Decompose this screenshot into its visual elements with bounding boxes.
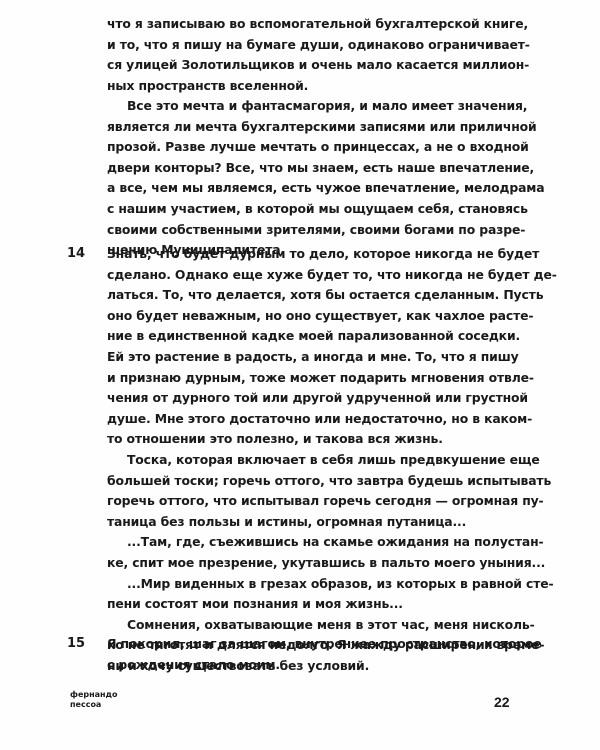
section-14-paragraph-1: Знать, что будет дурным то дело, которое… <box>107 244 511 676</box>
text-line: ся улицей Золотильщиков и очень мало кас… <box>107 55 511 76</box>
text-line: с нашим участием, в которой мы ощущаем с… <box>107 199 511 220</box>
text-line: своими собственными зрителями, своими бо… <box>107 220 511 241</box>
text-line: с рождения стало моим. <box>107 655 511 676</box>
section-number-14: 14 <box>67 244 85 265</box>
text-line: горечь оттого, что испытывал горечь сего… <box>107 491 511 512</box>
text-line: ных пространств вселенной. <box>107 76 511 97</box>
text-line: является ли мечта бухгалтерскими записям… <box>107 117 511 138</box>
text-line: ке, спит мое презрение, укутавшись в пал… <box>107 553 511 574</box>
text-line: прозой. Разве лучше мечтать о принцессах… <box>107 137 511 158</box>
text-line: большей тоски; горечь оттого, что завтра… <box>107 471 511 492</box>
text-line: чения от дурного той или другой удрученн… <box>107 388 511 409</box>
author-last-name: пессоа <box>70 700 118 710</box>
text-line: а все, чем мы являемся, есть чужое впеча… <box>107 178 511 199</box>
text-line: Знать, что будет дурным то дело, которое… <box>107 244 511 265</box>
text-line: двери конторы? Все, что мы знаем, есть н… <box>107 158 511 179</box>
text-line: то отношении это полезно, и такова вся ж… <box>107 429 511 450</box>
text-line: Все это мечта и фантасмагория, и мало им… <box>107 96 511 117</box>
text-line: Ей это растение в радость, а иногда и мн… <box>107 347 511 368</box>
continuation-paragraph: что я записываю во вспомогательной бухга… <box>107 14 511 96</box>
text-line: что я записываю во вспомогательной бухга… <box>107 14 511 35</box>
text-line: ...Там, где, съежившись на скамье ожидан… <box>107 532 511 553</box>
text-line: и то, что я пишу на бумаге души, одинако… <box>107 35 511 56</box>
text-line: Я покорил, шаг за шагом, внутреннее прос… <box>107 634 511 655</box>
author-first-name: фернандо <box>70 690 118 700</box>
text-line: и признаю дурным, тоже может подарить мг… <box>107 368 511 389</box>
text-line: ...Мир виденных в грезах образов, из кот… <box>107 574 511 595</box>
page-number: 22 <box>494 694 510 710</box>
section-15-paragraph-1: Я покорил, шаг за шагом, внутреннее прос… <box>107 634 511 675</box>
section-number-15: 15 <box>67 634 85 655</box>
text-line: таница без пользы и истины, огромная пут… <box>107 512 511 533</box>
text-line: оно будет неважным, но оно существует, к… <box>107 306 511 327</box>
book-page: что я записываю во вспомогательной бухга… <box>0 0 600 750</box>
text-line: душе. Мне этого достаточно или недостато… <box>107 409 511 430</box>
text-line: сделано. Однако еще хуже будет то, что н… <box>107 265 511 286</box>
text-line: Тоска, которая включает в себя лишь пред… <box>107 450 511 471</box>
text-line: латься. То, что делается, хотя бы остает… <box>107 285 511 306</box>
text-line: пени состоят мои познания и моя жизнь... <box>107 594 511 615</box>
running-footer-author: фернандо пессоа <box>70 690 118 710</box>
text-line: ние в единственной кадке моей парализова… <box>107 326 511 347</box>
continuation-paragraph-2: Все это мечта и фантасмагория, и мало им… <box>107 96 511 261</box>
text-line: Сомнения, охватывающие меня в этот час, … <box>107 615 511 636</box>
